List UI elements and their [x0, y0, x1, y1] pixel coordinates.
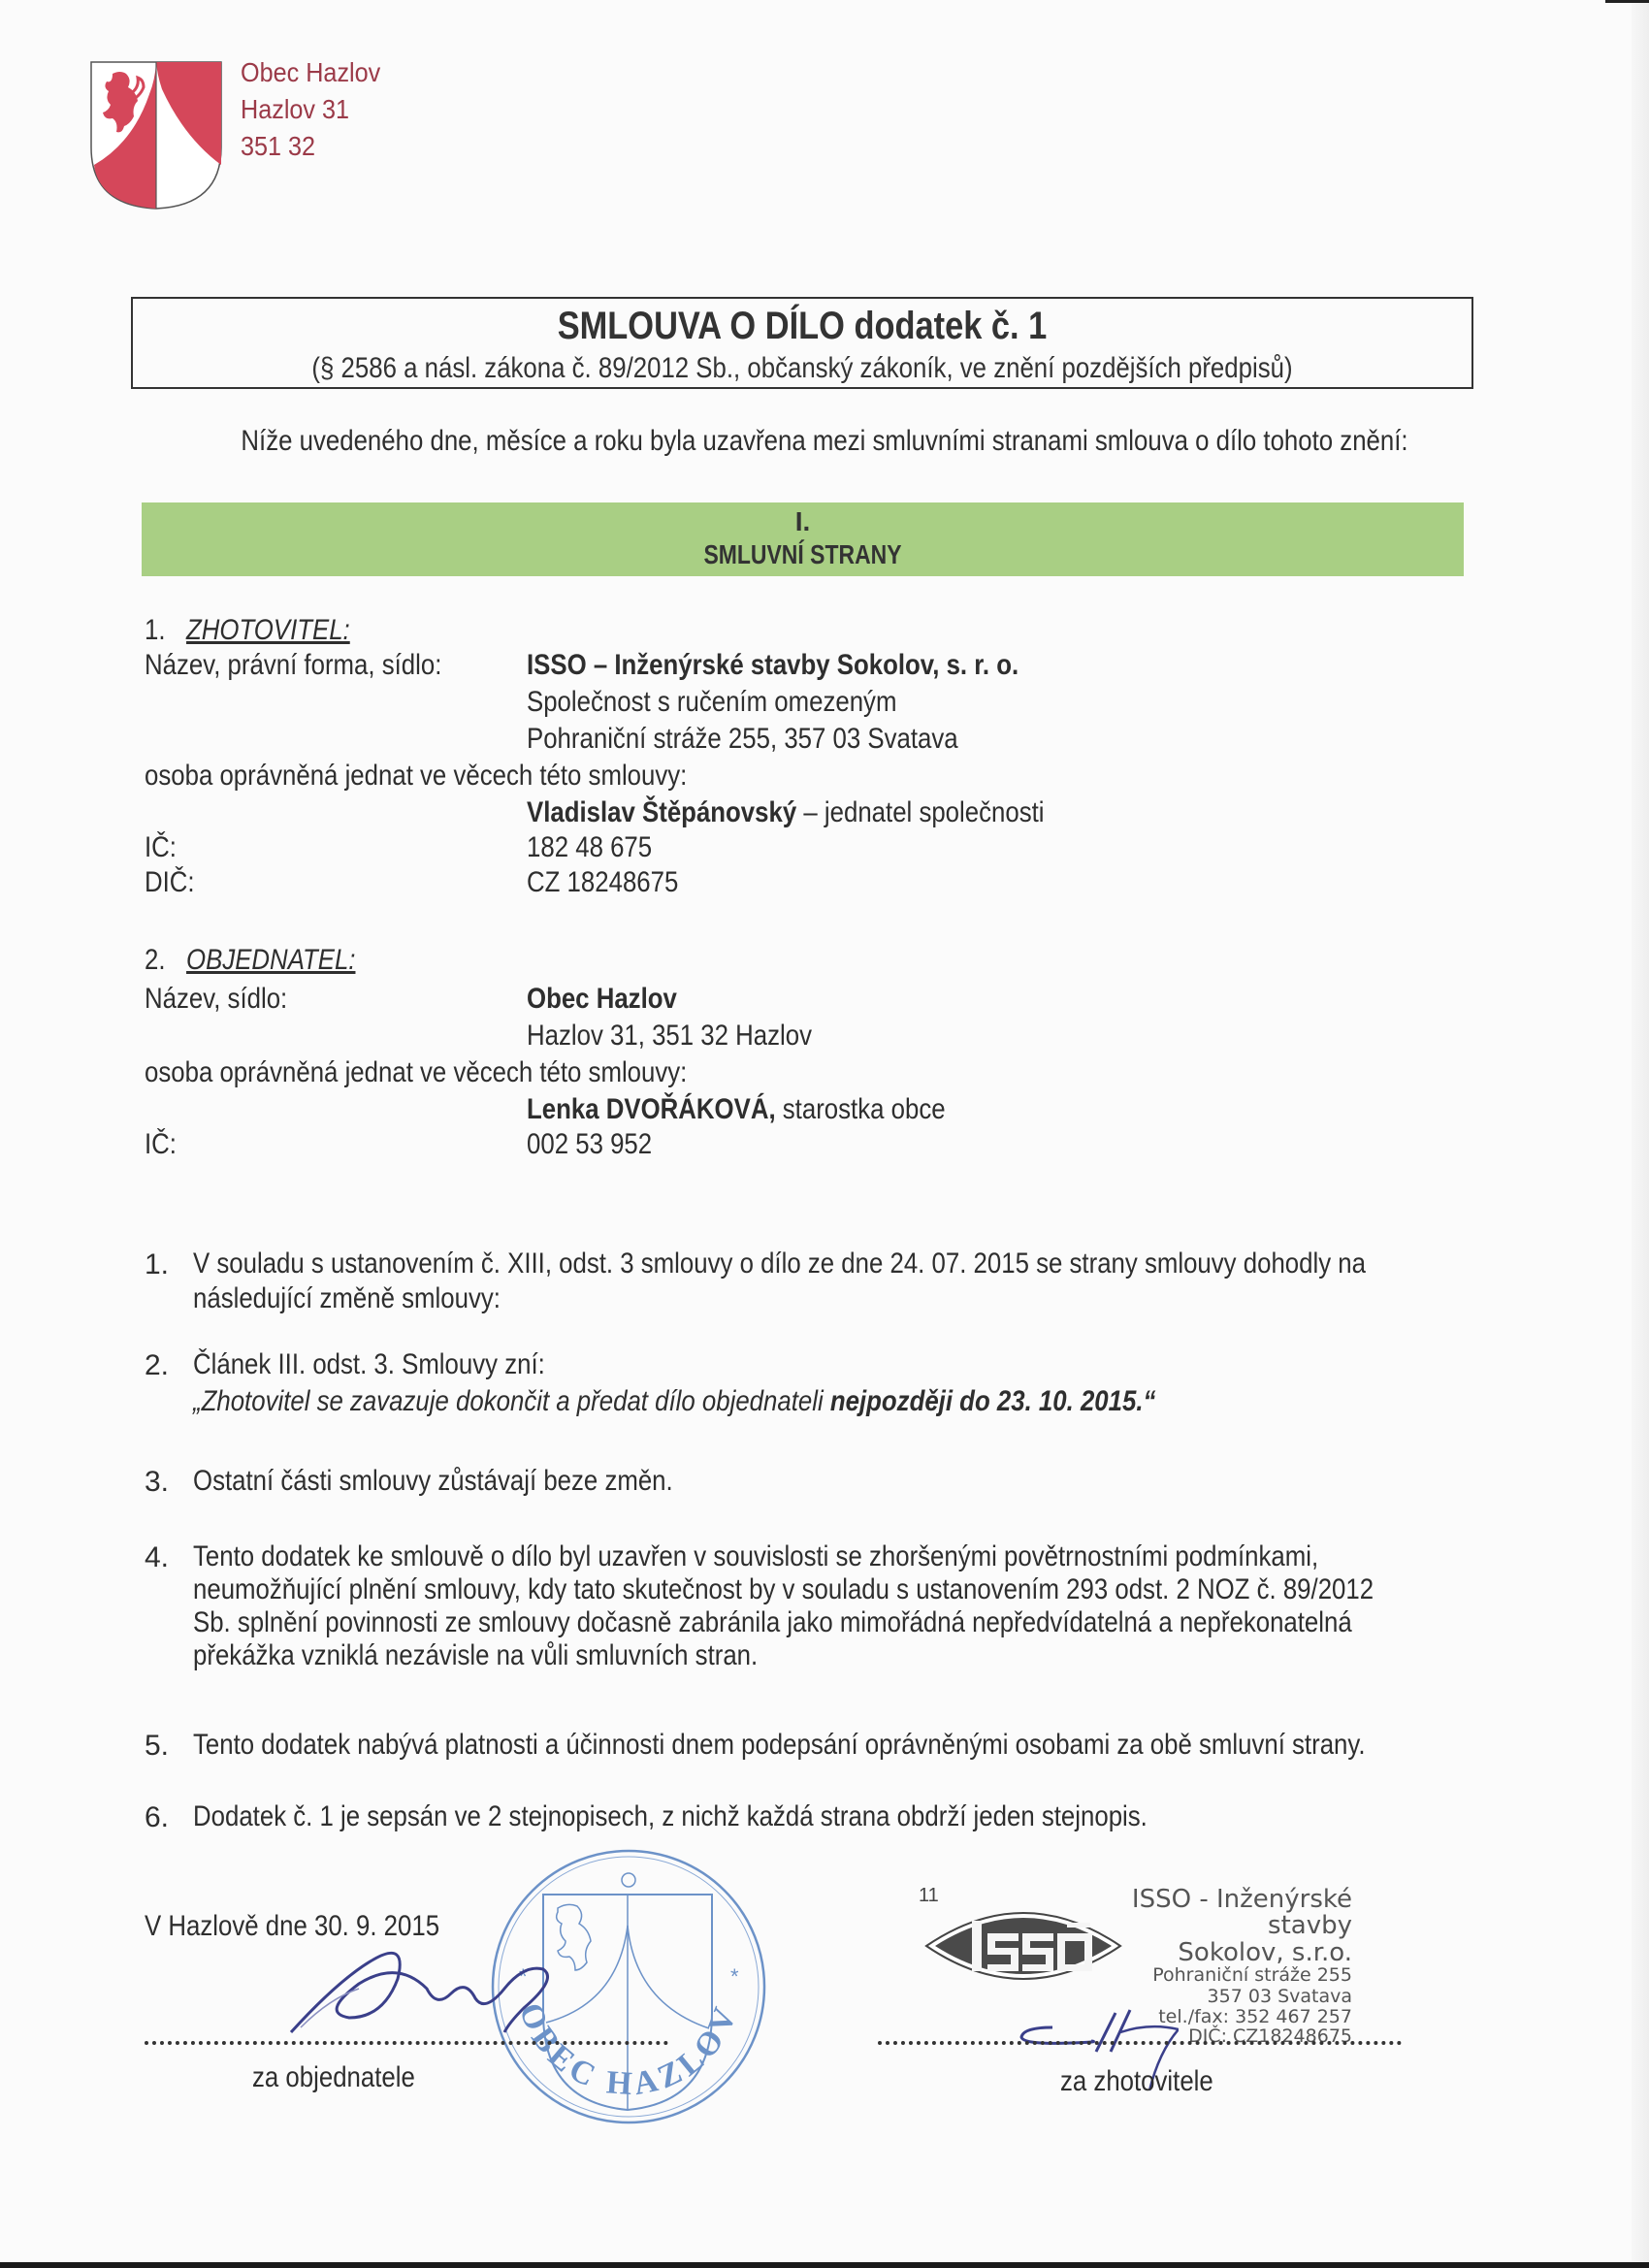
clause-number: 5. [145, 1729, 169, 1764]
clause-quote: „Zhotovitel se zavazuje dokončit a předa… [193, 1385, 1495, 1418]
letterhead-postcode: 351 32 [241, 128, 315, 165]
clause-text: Tento dodatek nabývá platnosti a účinnos… [193, 1729, 1495, 1762]
client-address: Hazlov 31, 351 32 Hazlov [527, 1019, 812, 1053]
clause-number: 4. [145, 1540, 169, 1575]
client-name: Obec Hazlov [527, 982, 677, 1017]
client-name-label: Název, sídlo: [145, 982, 287, 1017]
contractor-representative: Vladislav Štěpánovský – jednatel společn… [527, 795, 1045, 830]
client-signature-caption: za objednatele [252, 2060, 415, 2095]
isso-stamp-line: Sokolov, s.r.o. [1178, 1938, 1352, 1967]
letterhead-address: Hazlov 31 [241, 91, 349, 128]
client-ic: 002 53 952 [527, 1127, 652, 1162]
isso-stamp-line: Pohraniční stráže 255 [1152, 1964, 1352, 1986]
client-rep-role: starostka obce [776, 1093, 946, 1125]
contractor-heading: 1. ZHOTOVITEL: [145, 613, 350, 648]
contractor-rep-name: Vladislav Štěpánovský [527, 796, 796, 828]
contractor-legal-form: Společnost s ručením omezeným [527, 685, 896, 720]
contractor-heading-label: ZHOTOVITEL: [186, 614, 350, 646]
contractor-dic: CZ 18248675 [527, 865, 678, 900]
contractor-signature-caption: za zhotovitele [1060, 2064, 1213, 2099]
section-number: I. [142, 506, 1464, 537]
section-title: SMLUVNÍ STRANY [261, 539, 1345, 570]
contractor-rep-role: – jednatel společnosti [796, 796, 1044, 828]
contractor-name-label: Název, právní forma, sídlo: [145, 648, 441, 683]
client-signature-line [145, 2041, 668, 2045]
clause-text: překážka vzniklá nezávisle na vůli smluv… [193, 1639, 1495, 1672]
isso-logo-icon [921, 1899, 1125, 1992]
clause-text: Ostatní části smlouvy zůstávají beze změ… [193, 1465, 1495, 1498]
scan-edge-right [1632, 0, 1649, 2268]
letterhead-name: Obec Hazlov [241, 54, 380, 91]
contractor-ic: 182 48 675 [527, 830, 652, 865]
contractor-dic-label: DIČ: [145, 865, 195, 900]
intro-text: Níže uvedeného dne, měsíce a roku byla u… [115, 425, 1534, 458]
quote-deadline: nejpozději do 23. 10. 2015. [830, 1385, 1144, 1417]
isso-stamp-line: ISSO - Inženýrské [1132, 1885, 1352, 1914]
clause-number: 6. [145, 1800, 169, 1835]
clause-number: 2. [145, 1348, 169, 1383]
contractor-signature-line [878, 2041, 1402, 2045]
hazlov-coat-of-arms-icon [89, 60, 223, 211]
clause-number: 1. [145, 1247, 169, 1282]
contractor-rep-label: osoba oprávněná jednat ve věcech této sm… [145, 759, 687, 794]
title-box: SMLOUVA O DÍLO dodatek č. 1 (§ 2586 a ná… [131, 297, 1473, 389]
place-and-date: V Hazlově dne 30. 9. 2015 [145, 1909, 439, 1944]
clause-text: V souladu s ustanovením č. XIII, odst. 3… [193, 1247, 1495, 1280]
client-heading-label: OBJEDNATEL: [186, 944, 355, 976]
clause-text: Tento dodatek ke smlouvě o dílo byl uzav… [193, 1540, 1495, 1573]
client-ic-label: IČ: [145, 1127, 177, 1162]
quote-close: “ [1144, 1385, 1156, 1417]
client-rep-label: osoba oprávněná jednat ve věcech této sm… [145, 1055, 687, 1090]
scan-edge-bottom [0, 2262, 1649, 2268]
document-subtitle: (§ 2586 a násl. zákona č. 89/2012 Sb., o… [227, 352, 1378, 385]
contractor-name: ISSO – Inženýrské stavby Sokolov, s. r. … [527, 648, 1018, 683]
isso-stamp-line: stavby [1268, 1911, 1352, 1940]
isso-stamp-line: 357 03 Svatava [1208, 1986, 1352, 2007]
contractor-address: Pohraniční stráže 255, 357 03 Svatava [527, 722, 958, 757]
section-header: I. SMLUVNÍ STRANY [142, 502, 1464, 576]
clause-text: Sb. splnění povinnosti ze smlouvy dočasn… [193, 1606, 1495, 1639]
client-representative: Lenka DVOŘÁKOVÁ, starostka obce [527, 1092, 946, 1127]
contractor-number: 1. [145, 614, 166, 646]
scan-edge-top-mark [1605, 0, 1649, 3]
clause-text: neumožňující plnění smlouvy, kdy tato sk… [193, 1573, 1495, 1606]
client-signature [281, 1940, 563, 2037]
clause-text: následující změně smlouvy: [193, 1282, 1495, 1315]
quote-text: „Zhotovitel se zavazuje dokončit a předa… [193, 1385, 830, 1417]
clause-text: Dodatek č. 1 je sepsán ve 2 stejnopisech… [193, 1800, 1495, 1833]
document-title: SMLOUVA O DÍLO dodatek č. 1 [227, 305, 1378, 348]
contractor-ic-label: IČ: [145, 830, 177, 865]
clause-text: Článek III. odst. 3. Smlouvy zní: [193, 1348, 1495, 1381]
isso-stamp-line: tel./fax: 352 467 257 [1158, 2006, 1352, 2027]
client-rep-name: Lenka DVOŘÁKOVÁ, [527, 1093, 776, 1125]
client-number: 2. [145, 944, 166, 976]
clause-number: 3. [145, 1465, 169, 1500]
client-heading: 2. OBJEDNATEL: [145, 943, 355, 978]
svg-text:*: * [730, 1964, 739, 1989]
